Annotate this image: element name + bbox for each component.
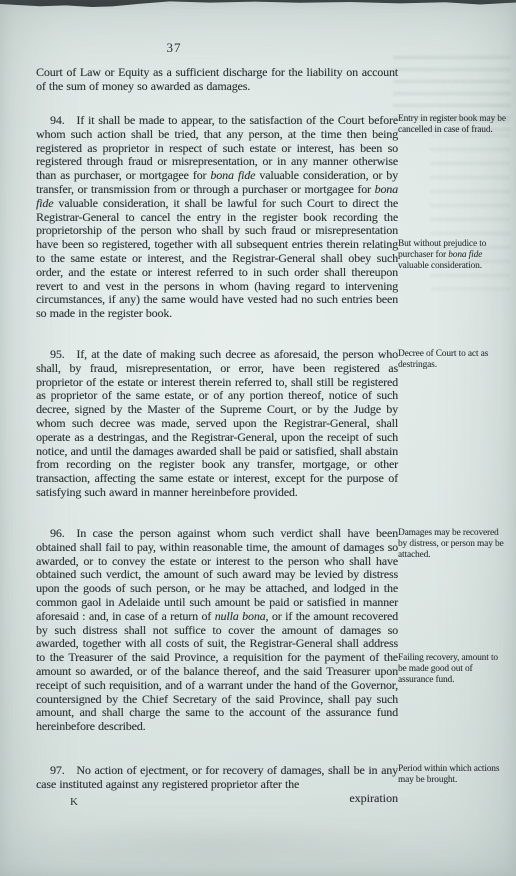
scan-edge-artifact <box>0 0 516 9</box>
margin-note-limitation-period: Period within which actions may be broug… <box>398 764 508 786</box>
page-number: 37 <box>0 40 348 56</box>
paragraph-continuation: Court of Law or Equity as a sufficient d… <box>36 66 398 94</box>
catchword: expiration <box>36 791 398 806</box>
section-97-paragraph: 97. No action of ejectment, or for recov… <box>36 764 398 792</box>
paper-mottling <box>40 820 470 866</box>
section-96-paragraph: 96. In case the person against whom such… <box>36 527 398 734</box>
scanned-statute-page: 37 Court of Law or Equity as a sufficien… <box>0 0 516 876</box>
margin-note-assurance-fund: Failing recovery, amount to be made good… <box>398 653 508 686</box>
section-95-paragraph: 95. If, at the date of making such decre… <box>36 348 398 500</box>
margin-note-bona-fide-protection: But without prejudice to purchaser for b… <box>398 239 508 272</box>
margin-note-entry-cancellation: Entry in register book may be cancelled … <box>398 114 508 136</box>
margin-note-destringas: Decree of Court to act as destringas. <box>398 349 508 371</box>
section-94-paragraph: 94. If it shall be made to appear, to th… <box>36 114 398 321</box>
margin-note-damages-distress: Damages may be recovered by distress, or… <box>398 528 508 561</box>
